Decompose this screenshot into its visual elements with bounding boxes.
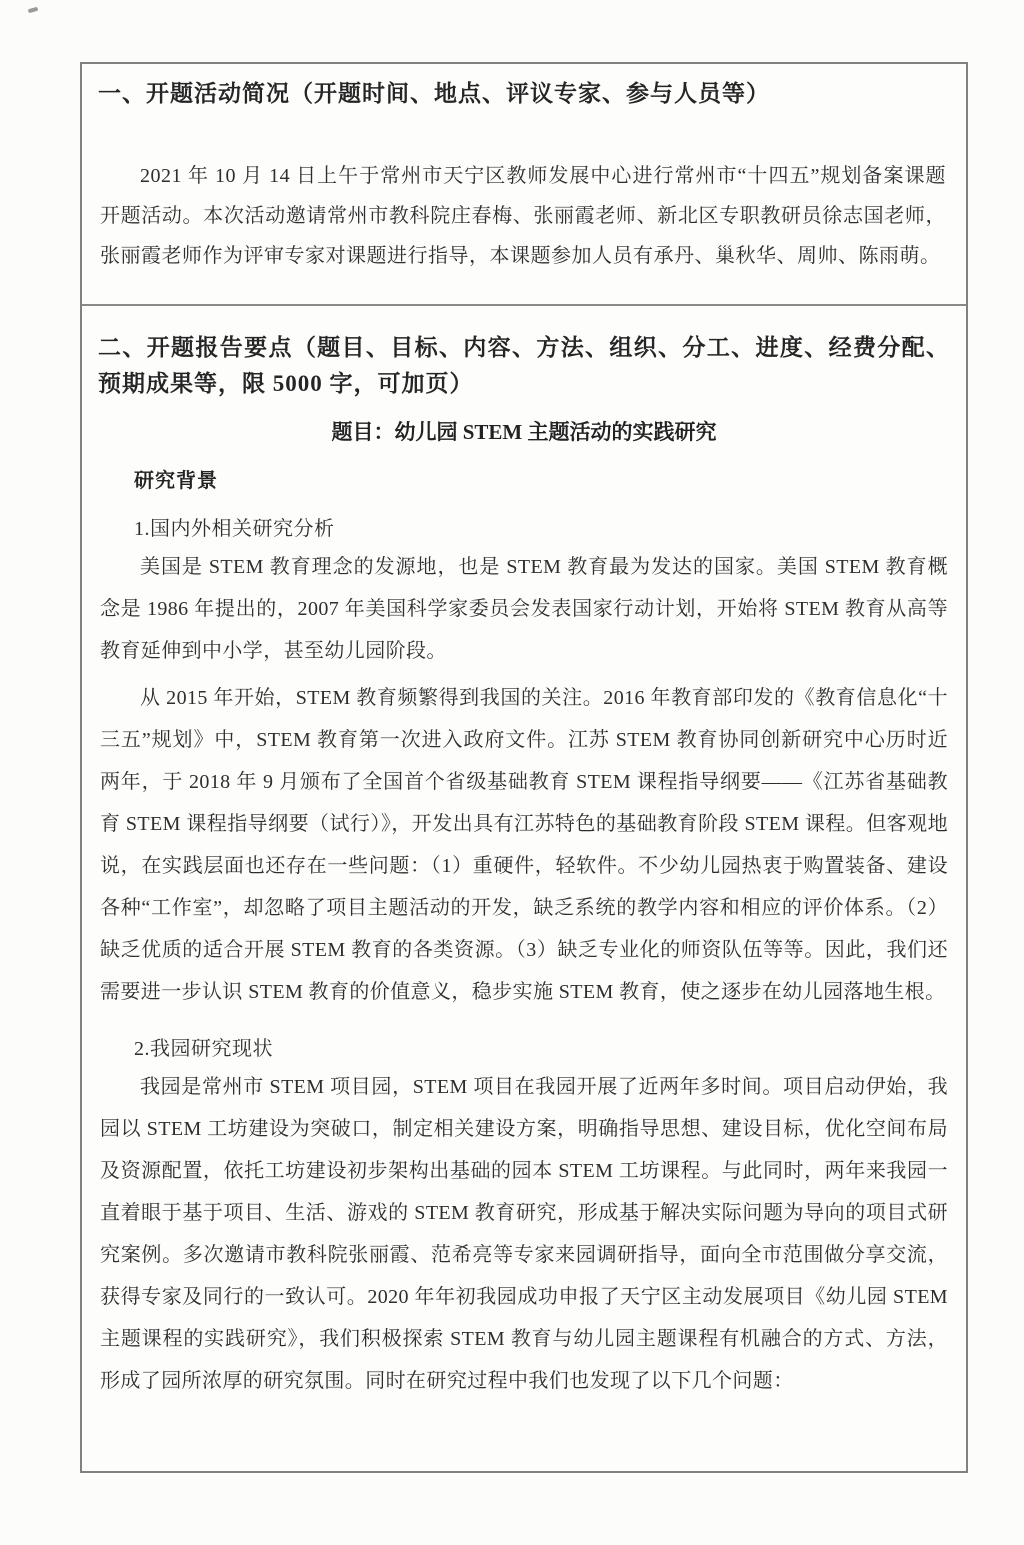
item-1-heading: 1.国内外相关研究分析	[134, 512, 950, 541]
section-report-key-points: 二、开题报告要点（题目、目标、内容、方法、组织、分工、进度、经费分配、预期成果等…	[82, 306, 966, 1469]
item-2-heading: 2.我园研究现状	[134, 1032, 950, 1061]
section-1-heading: 一、开题活动简况（开题时间、地点、评议专家、参与人员等）	[98, 76, 948, 112]
report-title: 题目：幼儿园 STEM 主题活动的实践研究	[98, 416, 950, 446]
item-1-paragraph-1: 美国是 STEM 教育理念的发源地，也是 STEM 教育最为发达的国家。美国 S…	[100, 546, 948, 672]
research-background-heading: 研究背景	[134, 464, 950, 493]
scanned-document-page: 一、开题活动简况（开题时间、地点、评议专家、参与人员等） 2021 年 10 月…	[0, 0, 1024, 1545]
item-2-paragraph-1: 我园是常州市 STEM 项目园，STEM 项目在我园开展了近两年多时间。项目启动…	[100, 1066, 948, 1402]
scan-artifact	[28, 7, 39, 13]
section-1-paragraph: 2021 年 10 月 14 日上午于常州市天宁区教师发展中心进行常州市“十四五…	[100, 156, 946, 276]
item-1-paragraph-2: 从 2015 年开始，STEM 教育频繁得到我国的关注。2016 年教育部印发的…	[100, 677, 948, 1013]
section-2-heading: 二、开题报告要点（题目、目标、内容、方法、组织、分工、进度、经费分配、预期成果等…	[98, 330, 950, 402]
section-opening-activity: 一、开题活动简况（开题时间、地点、评议专家、参与人员等） 2021 年 10 月…	[82, 64, 966, 306]
report-form-table: 一、开题活动简况（开题时间、地点、评议专家、参与人员等） 2021 年 10 月…	[80, 62, 968, 1473]
